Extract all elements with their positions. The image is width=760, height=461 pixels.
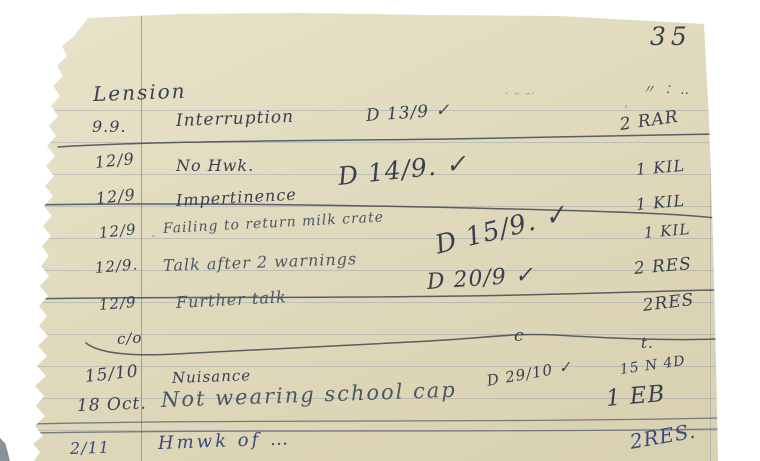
detention-note: D 13/9 ✓	[365, 102, 451, 125]
offense-text: Failing to return milk crate	[163, 210, 385, 236]
smudge-marks-right: 〃 ∶ ‥	[642, 84, 690, 97]
scan-background: 35 Lension · – –· 〃 ∶ ‥ ’ 9.9. Interrupt…	[0, 0, 760, 461]
entry-date: 2/11	[70, 440, 110, 457]
entry-date: 12/9	[95, 187, 136, 207]
carry-over-t: t.	[641, 336, 654, 351]
entry-date: 12/9	[94, 151, 135, 171]
student-name-heading: Lension	[93, 81, 187, 104]
entry-date: 15/10	[84, 363, 139, 386]
ledger-page: 35 Lension · – –· 〃 ∶ ‥ ’ 9.9. Interrupt…	[0, 0, 760, 461]
ruled-line	[0, 142, 760, 143]
entry-date: 12/9	[98, 295, 137, 313]
punishment-initials: 2 RES	[633, 256, 692, 278]
entry-date: 12/9	[98, 222, 137, 241]
punishment-initials: 1 KIL	[635, 193, 685, 213]
detention-note: D 20/9 ✓	[426, 265, 535, 294]
detention-note: D 29/10 ✓	[486, 359, 574, 389]
entry-date: 9.9.	[92, 119, 127, 135]
punishment-initials: 2RES.	[628, 421, 697, 452]
smudge-marks-faint: · – –·	[505, 88, 536, 99]
right-edge-rule-line	[710, 0, 711, 461]
carry-over-c: c	[514, 328, 525, 345]
detention-note: D 14/9. ✓	[337, 150, 469, 188]
offense-text: No Hwk.	[176, 158, 254, 174]
offense-text: Interruption	[176, 109, 295, 130]
dot-mark: ·	[151, 230, 156, 244]
punishment-initials: 1 KIL	[635, 158, 685, 178]
offense-text: Further talk	[176, 289, 287, 311]
punishment-initials: 15 N 4D	[619, 354, 686, 377]
punishment-initials: 2RES	[642, 292, 695, 315]
carry-over-mark: c/o	[117, 331, 143, 347]
offense-text: Nuisance	[172, 368, 252, 386]
offense-text: Hmwk of …	[158, 430, 292, 453]
detention-note: D 15/9. ✓	[433, 201, 570, 259]
entry-date: 12/9.	[94, 257, 139, 276]
entry-date: 18 Oct.	[77, 396, 147, 415]
punishment-initials: 1 EB	[605, 383, 666, 411]
margin-rule-line	[141, 0, 142, 461]
punishment-initials: 1 KIL	[643, 222, 691, 241]
corner-fragment	[0, 438, 10, 461]
page-number: 35	[650, 24, 692, 49]
